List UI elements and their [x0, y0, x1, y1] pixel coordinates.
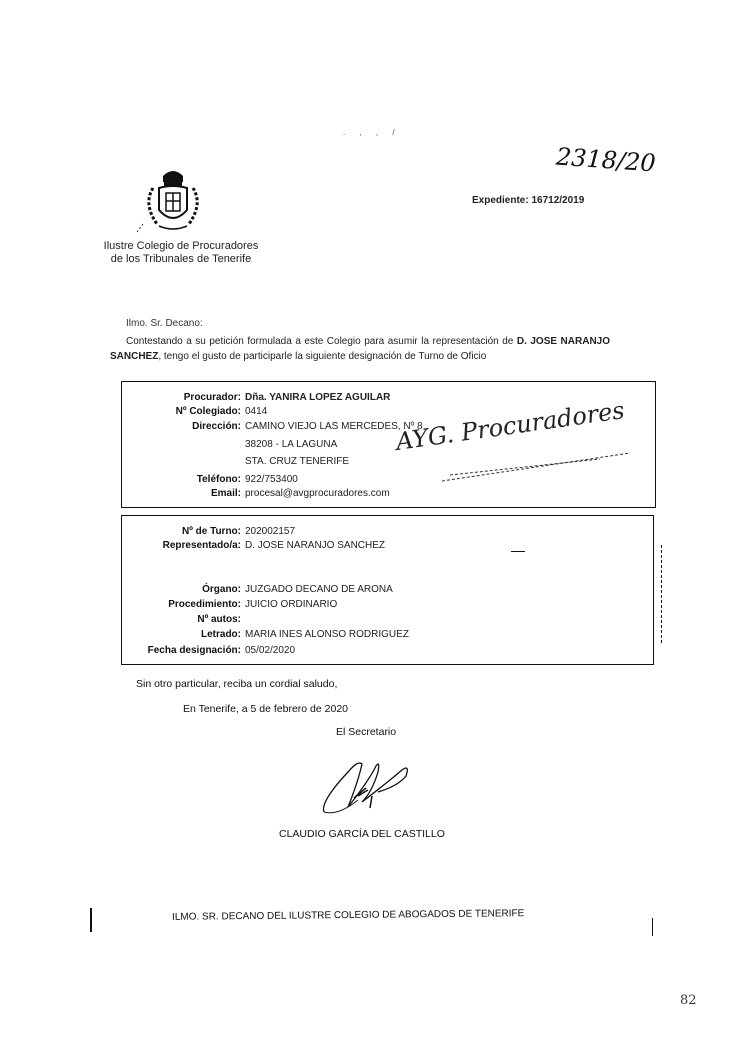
stray-mark: [511, 551, 525, 552]
intro-tail: , tengo el gusto de participarle la sigu…: [158, 351, 486, 362]
intro-paragraph: Contestando a su petición formulada a es…: [110, 334, 610, 364]
field-label: Nº Colegiado:: [120, 405, 245, 418]
field-label: [120, 438, 245, 451]
org-line-1: Ilustre Colegio de Procuradores: [96, 240, 266, 253]
field-label: Nº de Turno:: [120, 525, 245, 538]
signer-name: CLAUDIO GARCÍA DEL CASTILLO: [279, 828, 445, 840]
scan-marks: . , , /: [343, 128, 401, 137]
field-row: Nº Colegiado:0414: [120, 405, 267, 418]
field-value: 202002157: [245, 525, 295, 538]
signer-role: El Secretario: [336, 726, 396, 738]
field-value: JUZGADO DECANO DE ARONA: [245, 583, 393, 596]
intro-text: Contestando a su petición formulada a es…: [126, 336, 513, 347]
signature-icon: [318, 752, 418, 817]
field-value: 05/02/2020: [245, 644, 295, 657]
organization-name: Ilustre Colegio de Procuradores de los T…: [96, 240, 266, 266]
field-row: Procurador:Dña. YANIRA LOPEZ AGUILAR: [120, 391, 390, 404]
margin-mark-left: [90, 908, 92, 932]
field-row: Nº de Turno:202002157: [120, 525, 295, 538]
field-row: Fecha designación:05/02/2020: [120, 644, 295, 657]
field-row: STA. CRUZ TENERIFE: [120, 455, 349, 468]
field-value: 922/753400: [245, 473, 298, 486]
field-label: Procedimiento:: [120, 598, 245, 611]
field-value: procesal@avgprocuradores.com: [245, 487, 390, 500]
field-value: STA. CRUZ TENERIFE: [245, 455, 349, 468]
margin-mark-right: [652, 918, 653, 936]
expediente-label: Expediente: [472, 195, 525, 206]
field-row: Teléfono:922/753400: [120, 473, 298, 486]
field-label: Nº autos:: [120, 613, 245, 626]
coat-of-arms-icon: [133, 168, 213, 238]
field-value: D. JOSE NARANJO SANCHEZ: [245, 539, 385, 552]
field-row: Letrado:MARIA INES ALONSO RODRIGUEZ: [120, 628, 409, 641]
field-row: 38208 - LA LAGUNA: [120, 438, 337, 451]
handwritten-underline: [440, 445, 640, 485]
field-label: Fecha designación:: [120, 644, 245, 657]
field-label: Órgano:: [120, 583, 245, 596]
field-label: Teléfono:: [120, 473, 245, 486]
field-value: 38208 - LA LAGUNA: [245, 438, 337, 451]
handwritten-reference-number: 2318/20: [555, 143, 656, 178]
field-row: Nº autos:: [120, 613, 245, 626]
org-line-2: de los Tribunales de Tenerife: [96, 253, 266, 266]
field-label: Letrado:: [120, 628, 245, 641]
expediente-value: 16712/2019: [531, 195, 584, 206]
field-value: 0414: [245, 405, 267, 418]
field-row: Email:procesal@avgprocuradores.com: [120, 487, 390, 500]
field-value: JUICIO ORDINARIO: [245, 598, 337, 611]
field-label: Dirección:: [120, 420, 245, 433]
greeting: Ilmo. Sr. Decano:: [126, 318, 203, 329]
field-value: Dña. YANIRA LOPEZ AGUILAR: [245, 391, 390, 404]
field-row: Dirección:CAMINO VIEJO LAS MERCEDES, Nº …: [120, 420, 423, 433]
field-value: MARIA INES ALONSO RODRIGUEZ: [245, 628, 409, 641]
place-date: En Tenerife, a 5 de febrero de 2020: [183, 703, 348, 715]
field-label: Email:: [120, 487, 245, 500]
field-row: Representado/a:D. JOSE NARANJO SANCHEZ: [120, 539, 385, 552]
margin-mark-dotted: [661, 545, 662, 645]
page-number: 82: [680, 993, 697, 1008]
field-row: Órgano:JUZGADO DECANO DE ARONA: [120, 583, 393, 596]
field-label: Representado/a:: [120, 539, 245, 552]
field-label: [120, 455, 245, 468]
expediente: Expediente: 16712/2019: [472, 195, 584, 206]
field-row: Procedimiento:JUICIO ORDINARIO: [120, 598, 337, 611]
farewell: Sin otro particular, reciba un cordial s…: [136, 678, 337, 690]
field-label: Procurador:: [120, 391, 245, 404]
addressee: ILMO. SR. DECANO DEL ILUSTRE COLEGIO DE …: [172, 908, 524, 923]
